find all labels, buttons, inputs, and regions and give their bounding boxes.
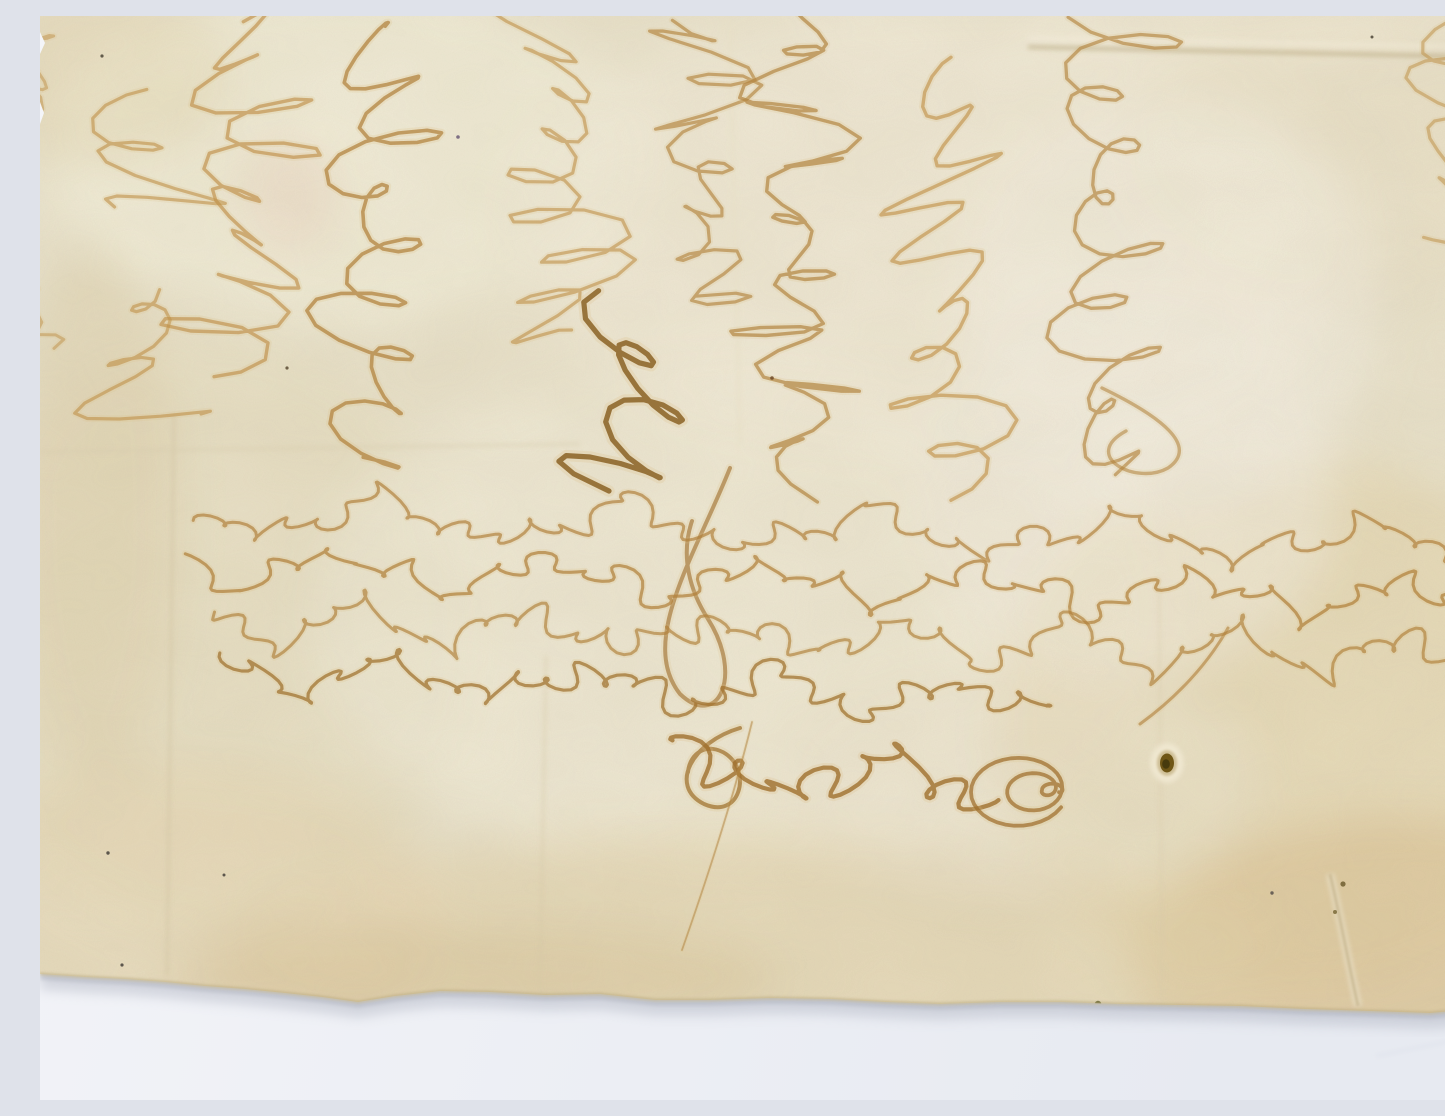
fly-speck-9 (1270, 891, 1273, 894)
fly-speck-3 (1371, 36, 1374, 39)
parchment-sheet (40, 16, 1445, 1100)
fly-speck-1 (100, 54, 103, 57)
parchment-hole-core (1162, 759, 1170, 769)
fly-speck-11 (1340, 881, 1345, 886)
fly-speck-5 (285, 366, 288, 369)
vellum-grain-texture (40, 16, 1445, 1100)
fly-speck-6 (106, 851, 109, 854)
fly-speck-8 (120, 963, 123, 966)
manuscript-photo: Photograph of an antique 16th-century ve… (40, 16, 1445, 1100)
fly-speck-12 (1333, 910, 1337, 914)
fly-speck-2 (456, 135, 460, 139)
fly-speck-7 (223, 874, 226, 877)
fly-speck-4 (770, 376, 774, 380)
manuscript-photo-canvas (40, 16, 1445, 1100)
